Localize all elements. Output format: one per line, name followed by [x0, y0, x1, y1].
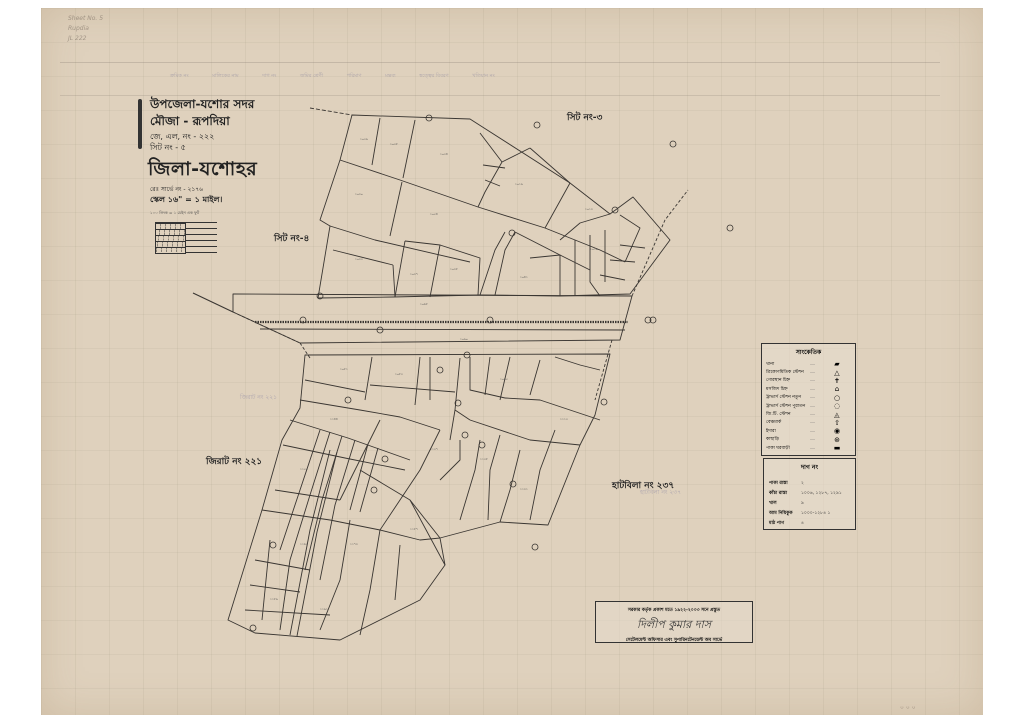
svg-text:১০৩০: ১০৩০ [355, 192, 363, 196]
legend-item: মসজিদ চিহ্ন.....⌂ [766, 385, 851, 393]
legend-label: বেঞ্চমার্ক [766, 419, 810, 426]
legend-label: ইদারা [766, 428, 810, 435]
svg-text:১০৮২: ১০৮২ [395, 372, 403, 376]
parcel-row: পাকা রাস্তা২ [769, 478, 850, 488]
svg-text:১০২৮: ১০২৮ [390, 142, 398, 146]
parcel-value: ৪ [801, 520, 850, 527]
parcel-label: আম নিয়িকুক [769, 510, 801, 517]
adjacent-label-west: সিট নং-৪ [274, 231, 309, 246]
legend-item: গোরস্থান চিহ্ন.....✝ [766, 377, 851, 385]
svg-text:১০৩৮: ১০৩৮ [450, 267, 458, 271]
svg-text:১০৪১: ১০৪১ [520, 275, 528, 279]
legend-title: সাংকেতিক [766, 347, 851, 358]
parcel-label: কাঁচা রাস্তা [769, 490, 801, 497]
svg-text:১১৬২: ১১৬২ [300, 542, 308, 546]
svg-text:১০৯৫: ১০৯৫ [500, 377, 508, 381]
parcel-label: মাঠ পাগ [769, 520, 801, 527]
cross-icon: ✝ [830, 377, 844, 385]
svg-text:১১৫৫: ১১৫৫ [300, 467, 308, 471]
svg-text:১১৮৯: ১১৮৯ [270, 597, 278, 601]
parcel-label: খাল [769, 500, 801, 507]
legend-label: ত্রিকোণমিতিক স্টেশন [766, 369, 810, 376]
svg-text:১১২৭: ১১২৭ [430, 447, 438, 451]
parcel-box-title: দাগ নং [769, 462, 850, 473]
svg-text:১০১৩: ১০১৩ [585, 207, 593, 211]
legend-label: পাকা ঘরবাড়ী [766, 445, 810, 452]
parcel-value: ১০০০-১২৮৪ ১ [801, 510, 850, 517]
legend-label: ট্রাভার্স স্টেশন নতুন [766, 394, 810, 401]
parcel-value: ২ [801, 480, 850, 487]
parcel-number-box: দাগ নং পাকা রাস্তা২ কাঁচা রাস্তা১০০৬, ১২… [763, 458, 856, 530]
svg-text:১১১২: ১১১২ [560, 417, 568, 421]
legend-label: জি.টি. স্টেশন [766, 411, 810, 418]
svg-text:১০১০: ১০১০ [590, 247, 598, 251]
footer-marks: ০০০ [900, 702, 918, 713]
legend-item: ট্রাভার্স স্টেশন নতুন.....○ [766, 394, 851, 402]
svg-text:১১৭৩: ১১৭৩ [350, 542, 358, 546]
svg-text:১১২৮: ১১২৮ [480, 457, 488, 461]
parcel-label: পাকা রাস্তা [769, 480, 801, 487]
sheet-number: সিট নং - ৫ [150, 142, 186, 155]
svg-text:১১৪৪: ১১৪৪ [330, 417, 338, 421]
legend-item: ত্রিকোণমিতিক স্টেশন.....△ [766, 368, 851, 376]
svg-text:১০২৯: ১০২৯ [360, 137, 368, 141]
svg-text:১০২৪: ১০২৪ [440, 152, 448, 156]
svg-text:১০৯০: ১০৯০ [460, 337, 468, 341]
map-scale: স্কেল ১৬" = ১ মাইল। [150, 194, 222, 207]
parcel-row: খাল৯ [769, 498, 850, 508]
legend-item: থানা.....▰ [766, 360, 851, 368]
parcel-row: মাঠ পাগ৪ [769, 518, 850, 528]
legend-item: ট্রাভার্স স্টেশন পুরাতন.....◌ [766, 402, 851, 410]
svg-text:১০৮১: ১০৮১ [340, 367, 348, 371]
adjacent-label-southeast: হাটবিলা নং ২৩৭ [612, 478, 674, 493]
scale-diagram-grid [185, 222, 217, 254]
legend-item: কাছাড়ি.....⊛ [766, 436, 851, 444]
legend-label: থানা [766, 361, 810, 368]
legend-label: মসজিদ চিহ্ন [766, 386, 810, 393]
legend-label: গোরস্থান চিহ্ন [766, 377, 810, 384]
mouza-title: মৌজা - রূপদিয়া [150, 113, 230, 133]
svg-text:১০৫৪: ১০৫৪ [430, 212, 438, 216]
certification-top-line: সরকার কর্তৃক প্রকাশ মতে ১৯২২-২০০৩ সনে প্… [596, 607, 752, 614]
triangle-dot-icon: ◬ [830, 411, 844, 419]
parcel-value: ৯ [801, 500, 850, 507]
svg-text:১১৯১: ১১৯১ [320, 607, 328, 611]
well-icon: ◉ [830, 427, 844, 435]
benchmark-arrow-icon: ⇧ [830, 419, 844, 427]
parcel-row: আম নিয়িকুক১০০০-১২৮৪ ১ [769, 508, 850, 518]
parcel-row: কাঁচা রাস্তা১০০৬, ১২৮৭, ১২৯১ [769, 488, 850, 498]
legend-label: কাছাড়ি [766, 436, 810, 443]
svg-text:১০৬৮: ১০৬৮ [420, 302, 428, 306]
svg-text:১১৮৭: ১১৮৭ [410, 527, 418, 531]
legend-label: ট্রাভার্স স্টেশন পুরাতন [766, 403, 810, 410]
dotted-circle-icon: ◌ [830, 402, 844, 410]
legend-item: জি.টি. স্টেশন.....◬ [766, 410, 851, 418]
gear-circle-icon: ⊛ [830, 436, 844, 444]
legend-item: পাকা ঘরবাড়ী.....▬ [766, 444, 851, 452]
legend-item: বেঞ্চমার্ক.....⇧ [766, 419, 851, 427]
svg-text:১০৩৭: ১০৩৭ [410, 272, 418, 276]
district-title: জিলা-যশোহর [148, 155, 257, 187]
faded-pencil-note: জিরাট নং ২২১ [240, 392, 277, 403]
title-bar-accent [138, 99, 142, 149]
legend-item: ইদারা.....◉ [766, 427, 851, 435]
officer-signature: দিলীপ কুমার দাস [596, 616, 752, 635]
adjacent-label-southwest: জিরাট নং ২২১ [206, 454, 262, 469]
svg-text:১১৩১: ১১৩১ [520, 487, 528, 491]
svg-text:১০৩২: ১০৩২ [355, 257, 363, 261]
adjacent-label-north: সিট নং-৩ [567, 110, 602, 125]
certification-box: সরকার কর্তৃক প্রকাশ মতে ১৯২২-২০০৩ সনে প্… [595, 601, 753, 643]
flag-box-icon: ▰ [830, 360, 844, 368]
scale-note: ১০০ লিংক = ১ চেইন এক ফুট [150, 210, 199, 217]
certification-bottom-line: সেটেলমেন্ট অফিসার এবং সুপারিনটেনডেন্ট অব… [596, 637, 752, 644]
triangle-icon: △ [830, 369, 844, 377]
map-legend: সাংকেতিক থানা.....▰ ত্রিকোণমিতিক স্টেশন.… [761, 343, 856, 456]
filled-box-icon: ▬ [830, 444, 844, 452]
parcel-value: ১০০৬, ১২৮৭, ১২৯১ [801, 490, 850, 497]
svg-text:১০১৯: ১০১৯ [515, 182, 523, 186]
circle-icon: ○ [830, 394, 844, 402]
mosque-icon: ⌂ [830, 385, 844, 393]
